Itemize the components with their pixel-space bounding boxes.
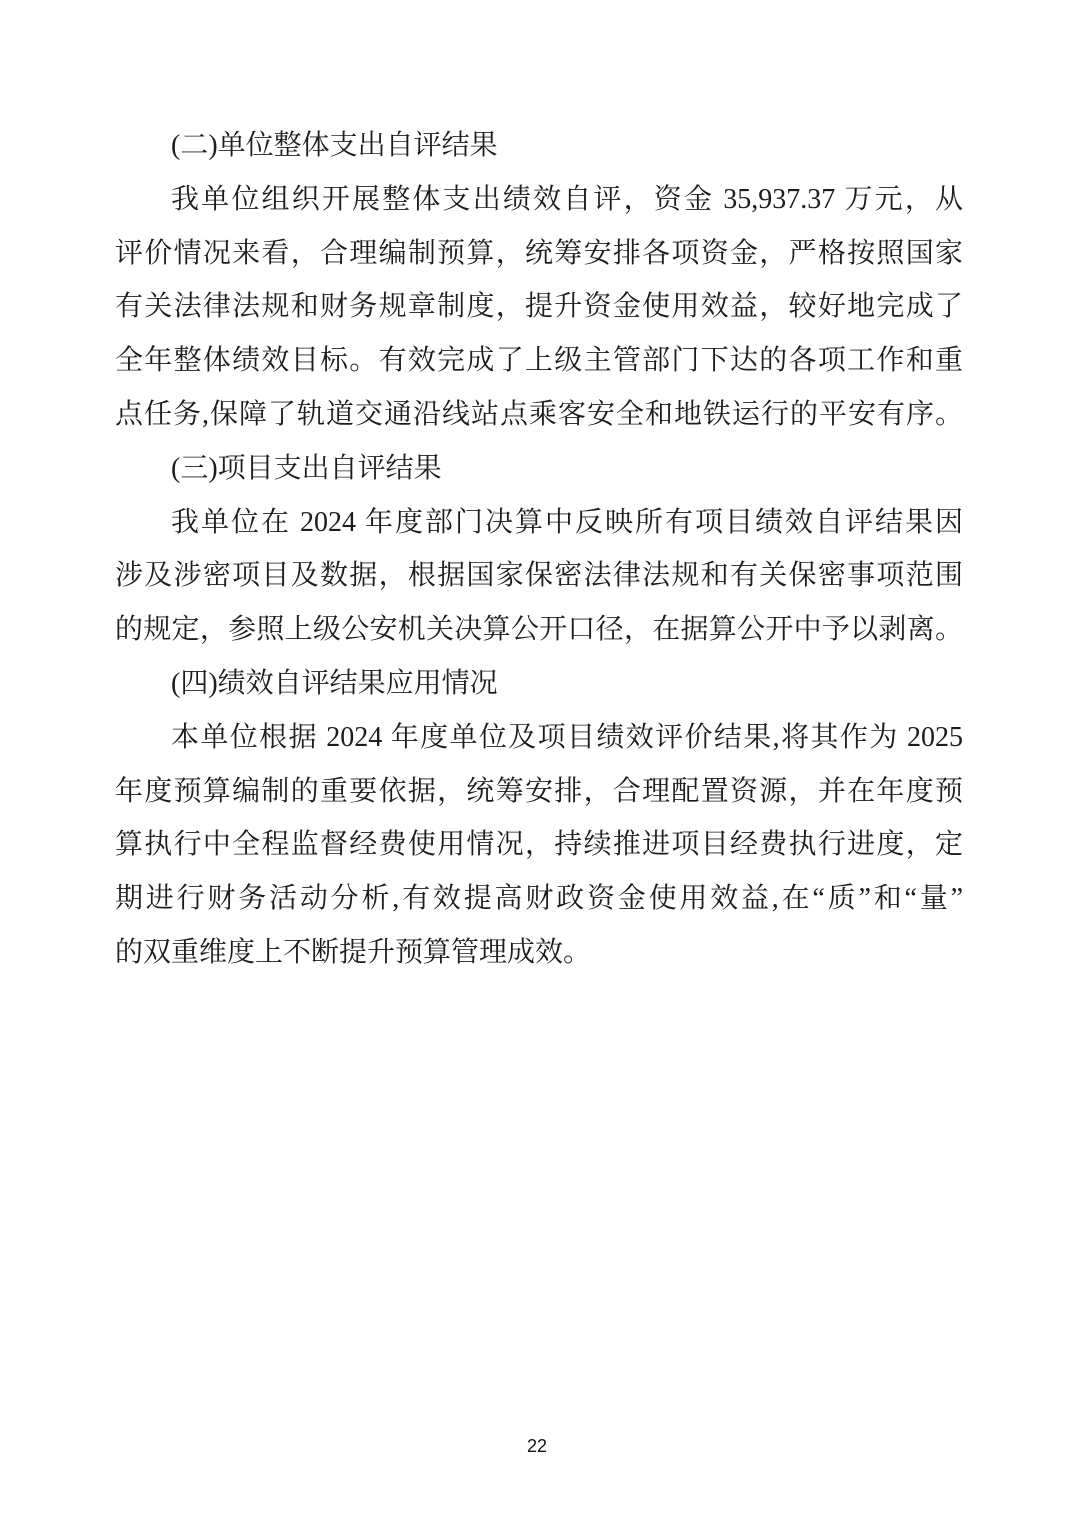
- text-line: 算执行中全程监督经费使用情况，持续推进项目经费执行进度，定: [115, 818, 963, 872]
- text-line: 有关法律法规和财务规章制度，提升资金使用效益，较好地完成了: [115, 280, 963, 334]
- section-heading: (四)绩效自评结果应用情况: [115, 657, 963, 711]
- text-line: 我单位在 2024 年度部门决算中反映所有项目绩效自评结果因: [115, 496, 963, 550]
- page-number: 22: [0, 1436, 1074, 1457]
- text-line: 点任务,保障了轨道交通沿线站点乘客安全和地铁运行的平安有序。: [115, 388, 963, 442]
- text-line: 本单位根据 2024 年度单位及项目绩效评价结果,将其作为 2025: [115, 711, 963, 765]
- section-heading: (二)单位整体支出自评结果: [115, 119, 963, 173]
- document-page: (二)单位整体支出自评结果我单位组织开展整体支出绩效自评，资金 35,937.3…: [0, 0, 1074, 1520]
- document-content: (二)单位整体支出自评结果我单位组织开展整体支出绩效自评，资金 35,937.3…: [115, 119, 963, 980]
- text-line: 全年整体绩效目标。有效完成了上级主管部门下达的各项工作和重: [115, 334, 963, 388]
- text-line: 涉及涉密项目及数据，根据国家保密法律法规和有关保密事项范围: [115, 549, 963, 603]
- section-heading: (三)项目支出自评结果: [115, 442, 963, 496]
- text-line: 年度预算编制的重要依据，统筹安排，合理配置资源，并在年度预: [115, 765, 963, 819]
- text-line: 期进行财务活动分析,有效提高财政资金使用效益,在“质”和“量”: [115, 872, 963, 926]
- text-line: 我单位组织开展整体支出绩效自评，资金 35,937.37 万元，从: [115, 173, 963, 227]
- text-line: 的规定，参照上级公安机关决算公开口径，在据算公开中予以剥离。: [115, 603, 963, 657]
- text-line: 的双重维度上不断提升预算管理成效。: [115, 926, 963, 980]
- text-line: 评价情况来看，合理编制预算，统筹安排各项资金，严格按照国家: [115, 227, 963, 281]
